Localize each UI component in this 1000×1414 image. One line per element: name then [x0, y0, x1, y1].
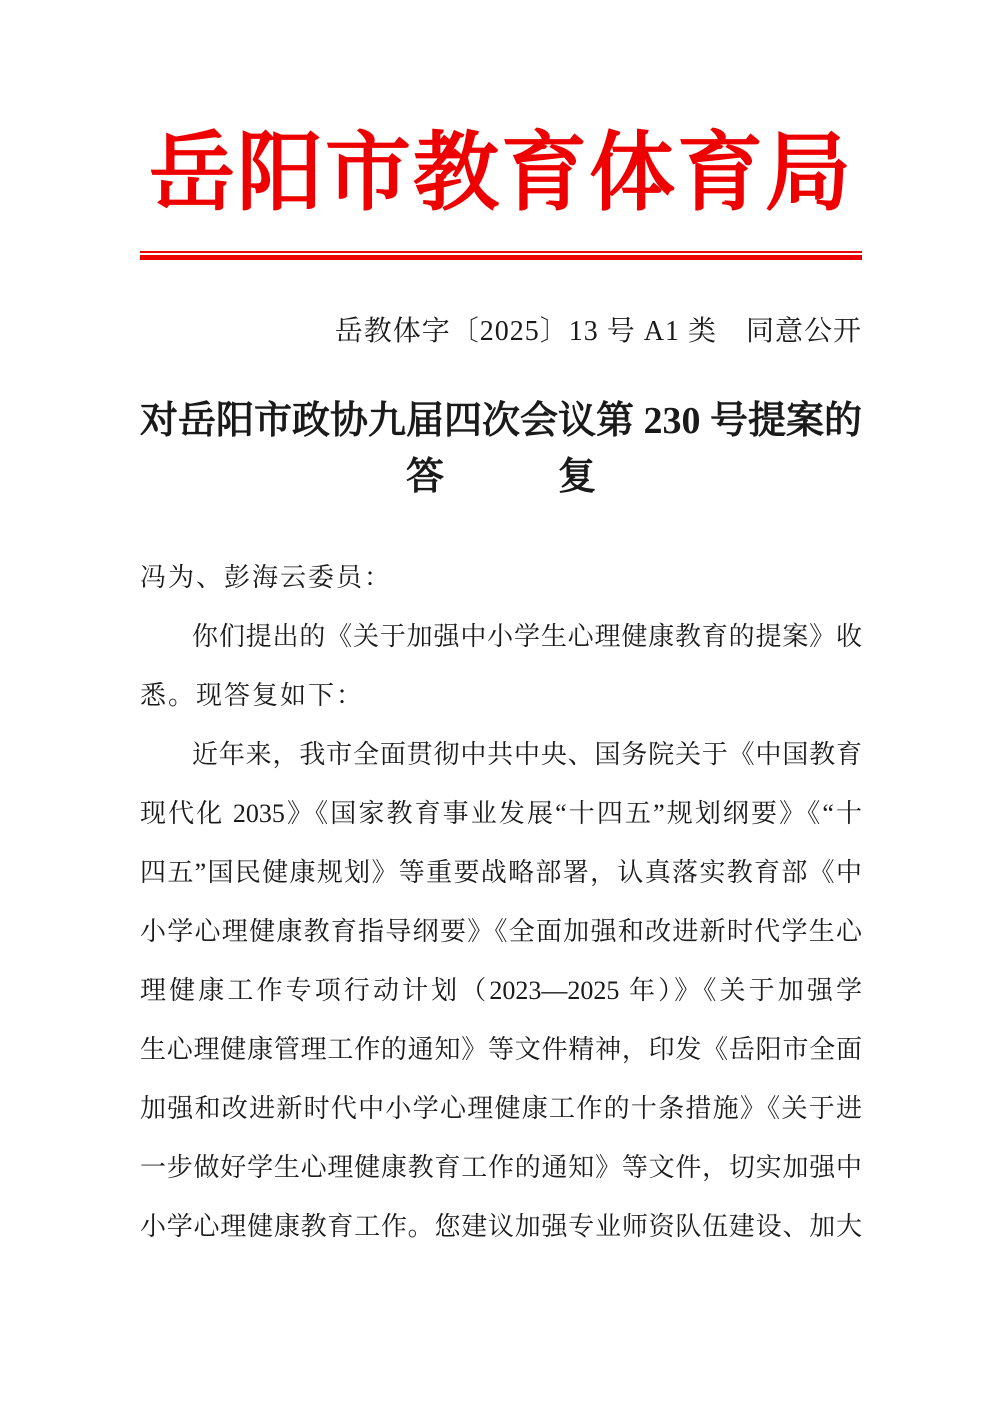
body-line: 生心理健康管理工作的通知》等文件精神，印发《岳阳市全面	[140, 1020, 862, 1079]
agency-letterhead-title: 岳阳市教育体育局	[140, 118, 862, 228]
document-title-line1: 对岳阳市政协九届四次会议第 230 号提案的	[140, 393, 862, 449]
red-divider-rule	[140, 251, 862, 260]
body-line: 四五”国民健康规划》等重要战略部署，认真落实教育部《中	[140, 843, 862, 902]
document-reference-number: 岳教体字〔2025〕13 号 A1 类 同意公开	[140, 314, 862, 350]
document-page: 岳阳市教育体育局 岳教体字〔2025〕13 号 A1 类 同意公开 对岳阳市政协…	[0, 0, 1000, 1414]
body-line: 现代化 2035》《国家教育事业发展“十四五”规划纲要》《“十	[140, 784, 862, 843]
document-body: 冯为、彭海云委员： 你们提出的《关于加强中小学生心理健康教育的提案》收 悉。现答…	[140, 548, 862, 1256]
body-line: 小学心理健康教育工作。您建议加强专业师资队伍建设、加大	[140, 1197, 862, 1256]
body-line: 小学心理健康教育指导纲要》《全面加强和改进新时代学生心	[140, 902, 862, 961]
document-title-line2: 答 复	[140, 449, 862, 505]
body-line: 一步做好学生心理健康教育工作的通知》等文件，切实加强中	[140, 1138, 862, 1197]
body-line: 你们提出的《关于加强中小学生心理健康教育的提案》收	[140, 607, 862, 666]
body-line: 加强和改进新时代中小学心理健康工作的十条措施》《关于进	[140, 1079, 862, 1138]
body-line: 近年来，我市全面贯彻中共中央、国务院关于《中国教育	[140, 725, 862, 784]
body-line: 理健康工作专项行动计划（2023—2025 年）》《关于加强学	[140, 961, 862, 1020]
document-title: 对岳阳市政协九届四次会议第 230 号提案的 答 复	[140, 393, 862, 505]
body-line-salutation: 冯为、彭海云委员：	[140, 548, 862, 607]
body-line: 悉。现答复如下：	[140, 666, 862, 725]
